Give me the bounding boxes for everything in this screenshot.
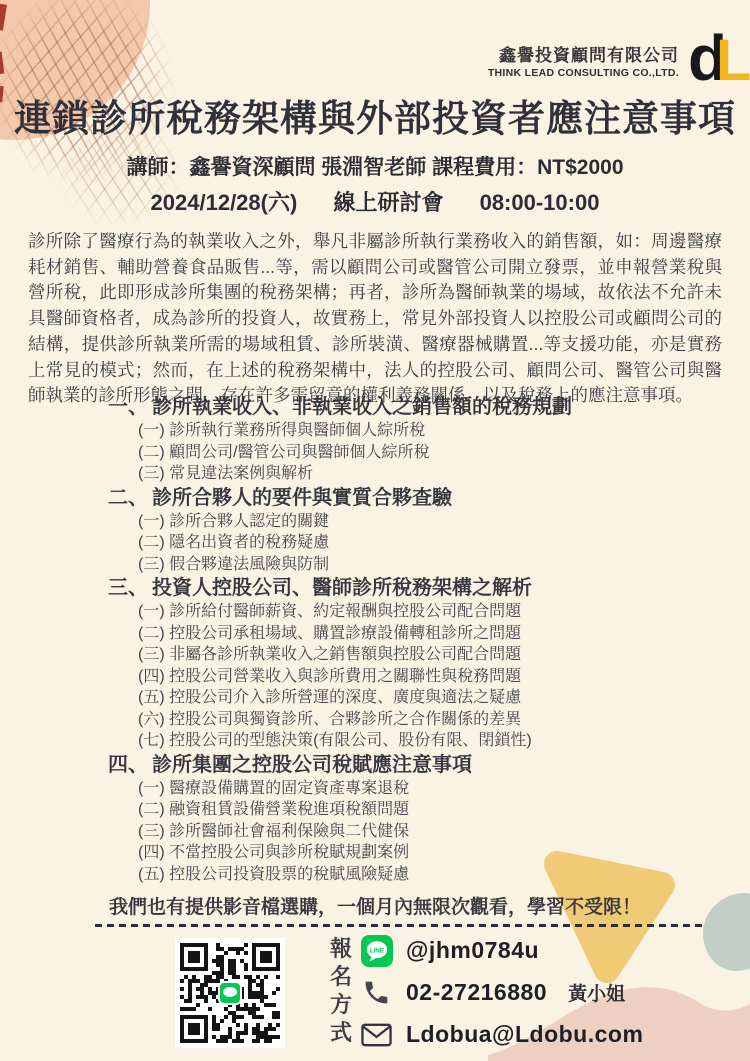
outline-item: (五) 控股公司投資股票的稅賦風險疑慮 xyxy=(138,864,708,886)
outline-item: (三) 非屬各診所執業收入之銷售額與控股公司配合問題 xyxy=(138,644,708,666)
outline-section-3: 三、 投資人控股公司、醫師診所稅務架構之解析 (一) 診所給付醫師薪資、約定報酬… xyxy=(108,576,708,752)
intro-paragraph: 診所除了醫療行為的執業收入之外，舉凡非屬診所執行業務收入的銷售額，如：周邊醫療耗… xyxy=(28,229,722,409)
section-heading: 三、 投資人控股公司、醫師診所稅務架構之解析 xyxy=(108,576,708,601)
event-date: 2024/12/28(六) xyxy=(151,190,298,215)
outline-item: (二) 控股公司承租場域、購置診療設備轉租診所之問題 xyxy=(138,623,708,645)
registration-label-char: 方 xyxy=(330,994,352,1016)
outline-item: (一) 診所執行業務所得與醫師個人綜所稅 xyxy=(138,420,708,442)
dl-logo-mark: d L xyxy=(688,30,740,96)
section-title: 投資人控股公司、醫師診所稅務架構之解析 xyxy=(152,576,532,601)
outline-item: (五) 控股公司介入診所營運的深度、廣度與適法之疑慮 xyxy=(138,687,708,709)
section-title: 診所集團之控股公司稅賦應注意事項 xyxy=(152,753,472,778)
outline-item: (二) 隱名出資者的稅務疑慮 xyxy=(138,532,708,554)
event-time: 08:00-10:00 xyxy=(480,190,600,215)
phone-number: 02-27216880 xyxy=(406,979,547,1006)
instructor-line: 講師：鑫譽資深顧問 張淵智老師 課程費用：NT$2000 xyxy=(0,151,750,181)
contact-person: 黃小姐 xyxy=(568,979,625,1006)
outline-item: (二) 顧問公司/醫管公司與醫師個人綜所稅 xyxy=(138,442,708,464)
registration-label-char: 報 xyxy=(330,938,352,960)
outline-item: (一) 醫療設備購置的固定資產專案退稅 xyxy=(138,778,708,800)
section-number: 三、 xyxy=(108,576,152,601)
contact-list: LINE @jhm0784u 02-27216880 黃小姐 Ldobua@Ld… xyxy=(360,934,643,1051)
outline-item: (六) 控股公司與獨資診所、合夥診所之合作關係的差異 xyxy=(138,709,708,731)
phone-icon xyxy=(360,978,393,1007)
section-heading: 四、 診所集團之控股公司稅賦應注意事項 xyxy=(108,753,708,778)
outline-section-2: 二、 診所合夥人的要件與實質合夥查驗 (一) 診所合夥人認定的關鍵 (二) 隱名… xyxy=(108,486,708,576)
line-icon: LINE xyxy=(360,935,393,967)
poster-title: 連鎖診所稅務架構與外部投資者應注意事項 xyxy=(0,88,750,142)
email-icon xyxy=(360,1023,393,1047)
company-name-zh: 鑫譽投資顧問有限公司 xyxy=(488,46,679,66)
section-heading: 二、 診所合夥人的要件與實質合夥查驗 xyxy=(108,486,708,511)
email-address: Ldobua@Ldobu.com xyxy=(406,1021,643,1048)
section-title: 診所合夥人的要件與實質合夥查驗 xyxy=(152,486,452,511)
video-option-note: 我們也有提供影音檔選購，一個月內無限次觀看，學習不受限！ xyxy=(0,892,750,919)
outline-section-4: 四、 診所集團之控股公司稅賦應注意事項 (一) 醫療設備購置的固定資產專案退稅 … xyxy=(108,753,708,886)
seminar-poster: 鑫譽投資顧問有限公司 THINK LEAD CONSULTING CO.,LTD… xyxy=(0,0,750,1061)
section-number: 四、 xyxy=(108,753,152,778)
line-id: @jhm0784u xyxy=(406,937,539,964)
line-icon-text: LINE xyxy=(369,947,383,954)
logo-letter-l: L xyxy=(716,32,750,90)
line-icon xyxy=(218,981,242,1005)
outline-item: (四) 控股公司營業收入與診所費用之關聯性與稅務問題 xyxy=(138,666,708,688)
outline-item: (三) 假合夥違法風險與防制 xyxy=(138,554,708,576)
line-contact-row: LINE @jhm0784u xyxy=(360,934,643,967)
company-name-en: THINK LEAD CONSULTING CO.,LTD. xyxy=(488,66,679,80)
outline-item: (七) 控股公司的型態決策(有限公司、股份有限、閉鎖性) xyxy=(138,730,708,752)
outline-item: (二) 融資租賃設備營業稅進項稅額問題 xyxy=(138,799,708,821)
section-number: 一、 xyxy=(108,395,152,420)
outline-item: (三) 常見違法案例與解析 xyxy=(138,463,708,485)
company-logo: 鑫譽投資顧問有限公司 THINK LEAD CONSULTING CO.,LTD… xyxy=(488,30,740,96)
outline-item: (四) 不當控股公司與診所稅賦規劃案例 xyxy=(138,842,708,864)
registration-method-label: 報 名 方 式 xyxy=(330,938,352,1044)
qr-code xyxy=(175,938,285,1048)
dashed-divider xyxy=(95,924,703,927)
company-name: 鑫譽投資顧問有限公司 THINK LEAD CONSULTING CO.,LTD… xyxy=(488,46,679,80)
registration-label-char: 式 xyxy=(330,1022,352,1044)
phone-contact-row: 02-27216880 黃小姐 xyxy=(360,976,643,1009)
outline-item: (三) 診所醫師社會福利保險與二代健保 xyxy=(138,821,708,843)
event-format: 線上研討會 xyxy=(333,190,443,215)
outline-item: (一) 診所給付醫師薪資、約定報酬與控股公司配合問題 xyxy=(138,601,708,623)
line-bubble-icon xyxy=(223,987,237,997)
section-title: 診所執業收入、非執業收入之銷售額的稅務規劃 xyxy=(152,395,572,420)
registration-label-char: 名 xyxy=(330,966,352,988)
email-contact-row: Ldobua@Ldobu.com xyxy=(360,1018,643,1051)
section-number: 二、 xyxy=(108,486,152,511)
schedule-line: 2024/12/28(六) 線上研討會 08:00-10:00 xyxy=(0,186,750,217)
course-outline: 一、 診所執業收入、非執業收入之銷售額的稅務規劃 (一) 診所執行業務所得與醫師… xyxy=(108,394,708,885)
outline-item: (一) 診所合夥人認定的關鍵 xyxy=(138,511,708,533)
red-sliver-decoration xyxy=(0,3,7,30)
red-sliver-decoration xyxy=(0,52,4,75)
section-heading: 一、 診所執業收入、非執業收入之銷售額的稅務規劃 xyxy=(108,395,708,420)
outline-section-1: 一、 診所執業收入、非執業收入之銷售額的稅務規劃 (一) 診所執行業務所得與醫師… xyxy=(108,395,708,485)
